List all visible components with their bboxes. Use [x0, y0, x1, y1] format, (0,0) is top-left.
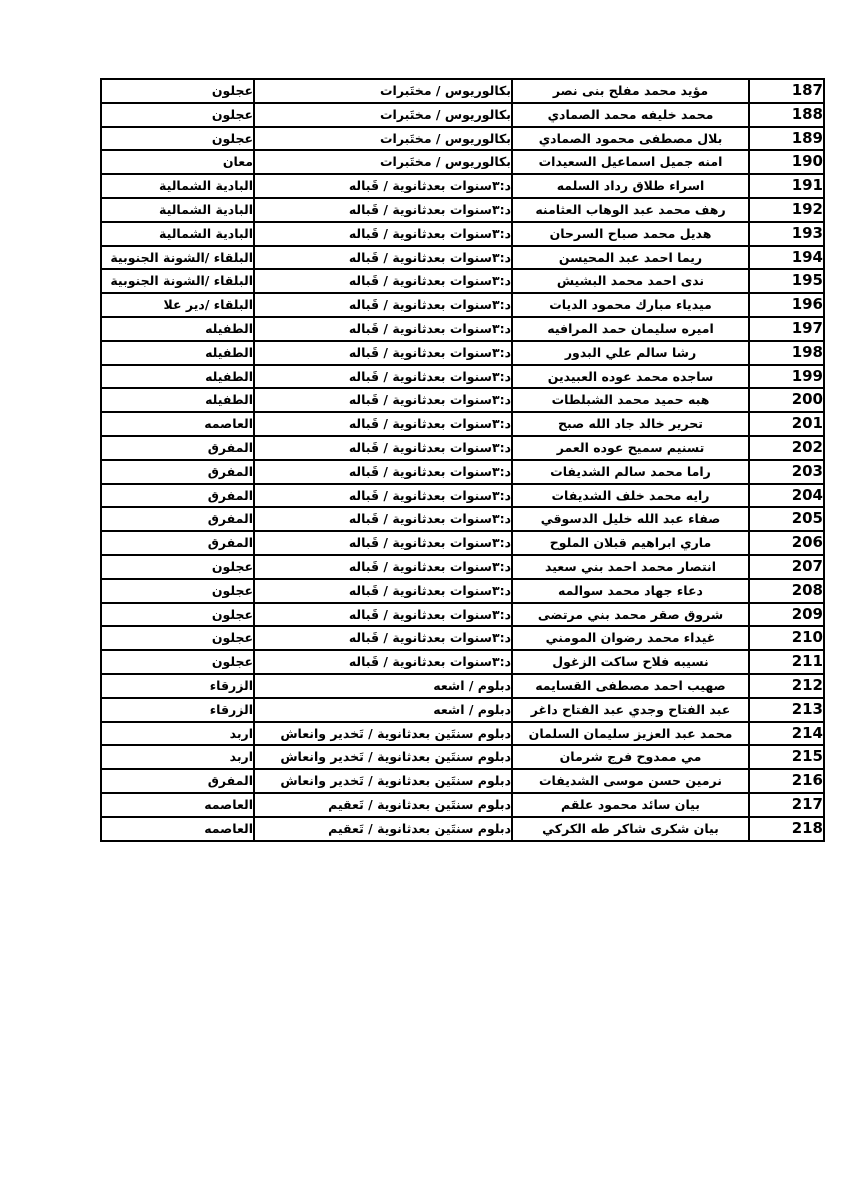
- governorate-cell: عجلون: [101, 127, 254, 151]
- row-number-cell: 216: [749, 769, 824, 793]
- name-cell: مي ممدوح فرج شرمان: [512, 745, 749, 769]
- qualification-cell: دبلوم / اشعه: [254, 674, 512, 698]
- table-row: 188 محمد خليفه محمد الصمادي بكالوريوس / …: [101, 103, 824, 127]
- name-cell: تحرير خالد جاد الله صبح: [512, 412, 749, 436]
- governorate-cell: عجلون: [101, 103, 254, 127]
- qualification-cell: دبلوم سنتَين بعدثانوية / تَخدير وانعاش: [254, 769, 512, 793]
- governorate-cell: عجلون: [101, 603, 254, 627]
- governorate-cell: البادية الشمالية: [101, 222, 254, 246]
- row-number-cell: 200: [749, 388, 824, 412]
- name-cell: محمد عبد العزيز سليمان السلمان: [512, 722, 749, 746]
- row-number-cell: 207: [749, 555, 824, 579]
- name-cell: عبد الفتاح وجدي عبد الفتاح داغر: [512, 698, 749, 722]
- table-row: 194 ريما احمد عبد المحيسن د:٣سنوات بعدثا…: [101, 246, 824, 270]
- table-row: 190 امنه جميل اسماعيل السعيدات بكالوريوس…: [101, 150, 824, 174]
- table-row: 198 رشا سالم علي البدور د:٣سنوات بعدثانو…: [101, 341, 824, 365]
- row-number-cell: 195: [749, 269, 824, 293]
- table-row: 202 تسنيم سميح عوده العمر د:٣سنوات بعدثا…: [101, 436, 824, 460]
- row-number-cell: 194: [749, 246, 824, 270]
- governorate-cell: عجلون: [101, 650, 254, 674]
- table-row: 191 اسراء طلاق رداد السلمه د:٣سنوات بعدث…: [101, 174, 824, 198]
- governorate-cell: الزرقاء: [101, 698, 254, 722]
- governorate-cell: معان: [101, 150, 254, 174]
- qualification-cell: د:٣سنوات بعدثانوية / قَباله: [254, 365, 512, 389]
- governorate-cell: المفرق: [101, 531, 254, 555]
- qualification-cell: دبلوم سنتَين بعدثانوية / تَخدير وانعاش: [254, 745, 512, 769]
- name-cell: هبه حميد محمد الشبلطات: [512, 388, 749, 412]
- name-cell: ماري ابراهيم قبلان الملوح: [512, 531, 749, 555]
- qualification-cell: د:٣سنوات بعدثانوية / قَباله: [254, 555, 512, 579]
- qualification-cell: د:٣سنوات بعدثانوية / قَباله: [254, 412, 512, 436]
- qualification-cell: د:٣سنوات بعدثانوية / قَباله: [254, 388, 512, 412]
- table-row: 210 غيداء محمد رضوان المومني د:٣سنوات بع…: [101, 626, 824, 650]
- row-number-cell: 218: [749, 817, 824, 841]
- table-row: 189 بلال مصطفى محمود الصمادي بكالوريوس /…: [101, 127, 824, 151]
- row-number-cell: 210: [749, 626, 824, 650]
- row-number-cell: 198: [749, 341, 824, 365]
- name-cell: محمد خليفه محمد الصمادي: [512, 103, 749, 127]
- table-row: 207 انتصار محمد احمد بني سعيد د:٣سنوات ب…: [101, 555, 824, 579]
- name-cell: بلال مصطفى محمود الصمادي: [512, 127, 749, 151]
- name-cell: رهف محمد عبد الوهاب العثامنه: [512, 198, 749, 222]
- table-row: 199 ساجده محمد عوده العبيدين د:٣سنوات بع…: [101, 365, 824, 389]
- qualification-cell: د:٣سنوات بعدثانوية / قَباله: [254, 626, 512, 650]
- name-cell: اسراء طلاق رداد السلمه: [512, 174, 749, 198]
- governorate-cell: الطفيله: [101, 317, 254, 341]
- row-number-cell: 201: [749, 412, 824, 436]
- qualification-cell: د:٣سنوات بعدثانوية / قَباله: [254, 198, 512, 222]
- table-row: 217 بيان سائد محمود علقم دبلوم سنتَين بع…: [101, 793, 824, 817]
- governorate-cell: الطفيله: [101, 388, 254, 412]
- table-row: 214 محمد عبد العزيز سليمان السلمان دبلوم…: [101, 722, 824, 746]
- row-number-cell: 189: [749, 127, 824, 151]
- name-cell: انتصار محمد احمد بني سعيد: [512, 555, 749, 579]
- row-number-cell: 187: [749, 79, 824, 103]
- name-cell: رشا سالم علي البدور: [512, 341, 749, 365]
- qualification-cell: بكالوريوس / مختَبرات: [254, 103, 512, 127]
- governorate-cell: الطفيله: [101, 365, 254, 389]
- qualification-cell: دبلوم سنتَين بعدثانوية / تَخدير وانعاش: [254, 722, 512, 746]
- qualification-cell: د:٣سنوات بعدثانوية / قَباله: [254, 246, 512, 270]
- name-cell: امنه جميل اسماعيل السعيدات: [512, 150, 749, 174]
- governorate-cell: الزرقاء: [101, 674, 254, 698]
- table-row: 204 رايه محمد خلف الشديفات د:٣سنوات بعدث…: [101, 484, 824, 508]
- table-row: 201 تحرير خالد جاد الله صبح د:٣سنوات بعد…: [101, 412, 824, 436]
- qualification-cell: بكالوريوس / مختَبرات: [254, 127, 512, 151]
- qualification-cell: بكالوريوس / مختَبرات: [254, 150, 512, 174]
- qualification-cell: د:٣سنوات بعدثانوية / قَباله: [254, 579, 512, 603]
- qualification-cell: د:٣سنوات بعدثانوية / قَباله: [254, 269, 512, 293]
- governorate-cell: العاصمه: [101, 412, 254, 436]
- row-number-cell: 204: [749, 484, 824, 508]
- qualification-cell: دبلوم سنتَين بعدثانوية / تَعقيم: [254, 793, 512, 817]
- name-cell: ميدياء مبارك محمود الديات: [512, 293, 749, 317]
- row-number-cell: 209: [749, 603, 824, 627]
- name-cell: رايه محمد خلف الشديفات: [512, 484, 749, 508]
- name-cell: راما محمد سالم الشديفات: [512, 460, 749, 484]
- governorate-cell: المفرق: [101, 436, 254, 460]
- qualification-cell: د:٣سنوات بعدثانوية / قَباله: [254, 603, 512, 627]
- qualification-cell: دبلوم / اشعه: [254, 698, 512, 722]
- qualification-cell: د:٣سنوات بعدثانوية / قَباله: [254, 460, 512, 484]
- table-row: 209 شروق صقر محمد بني مرتضى د:٣سنوات بعد…: [101, 603, 824, 627]
- name-cell: نسيبه فلاح ساكت الزغول: [512, 650, 749, 674]
- table-row: 215 مي ممدوح فرج شرمان دبلوم سنتَين بعدث…: [101, 745, 824, 769]
- row-number-cell: 214: [749, 722, 824, 746]
- row-number-cell: 193: [749, 222, 824, 246]
- table-row: 216 نرمين حسن موسى الشديفات دبلوم سنتَين…: [101, 769, 824, 793]
- table-row: 196 ميدياء مبارك محمود الديات د:٣سنوات ب…: [101, 293, 824, 317]
- name-cell: صهيب احمد مصطفى القسايمه: [512, 674, 749, 698]
- row-number-cell: 211: [749, 650, 824, 674]
- table-row: 205 صفاء عبد الله خليل الدسوقي د:٣سنوات …: [101, 507, 824, 531]
- table-row: 192 رهف محمد عبد الوهاب العثامنه د:٣سنوا…: [101, 198, 824, 222]
- table-row: 187 مؤيد محمد مفلح بنى نصر بكالوريوس / م…: [101, 79, 824, 103]
- governorate-cell: البادية الشمالية: [101, 198, 254, 222]
- governorate-cell: الطفيله: [101, 341, 254, 365]
- governorate-cell: عجلون: [101, 579, 254, 603]
- name-cell: نرمين حسن موسى الشديفات: [512, 769, 749, 793]
- qualification-cell: بكالوريوس / مختَبرات: [254, 79, 512, 103]
- row-number-cell: 203: [749, 460, 824, 484]
- row-number-cell: 197: [749, 317, 824, 341]
- row-number-cell: 217: [749, 793, 824, 817]
- name-cell: شروق صقر محمد بني مرتضى: [512, 603, 749, 627]
- table-row: 203 راما محمد سالم الشديفات د:٣سنوات بعد…: [101, 460, 824, 484]
- qualification-cell: د:٣سنوات بعدثانوية / قَباله: [254, 317, 512, 341]
- name-cell: مؤيد محمد مفلح بنى نصر: [512, 79, 749, 103]
- row-number-cell: 196: [749, 293, 824, 317]
- row-number-cell: 192: [749, 198, 824, 222]
- qualification-cell: د:٣سنوات بعدثانوية / قَباله: [254, 293, 512, 317]
- name-cell: دعاء جهاد محمد سوالمه: [512, 579, 749, 603]
- governorate-cell: عجلون: [101, 626, 254, 650]
- row-number-cell: 206: [749, 531, 824, 555]
- governorate-cell: البادية الشمالية: [101, 174, 254, 198]
- row-number-cell: 188: [749, 103, 824, 127]
- document-page: 187 مؤيد محمد مفلح بنى نصر بكالوريوس / م…: [0, 0, 848, 1200]
- name-cell: بيان شكرى شاكر طه الكركي: [512, 817, 749, 841]
- governorate-cell: عجلون: [101, 555, 254, 579]
- table-row: 211 نسيبه فلاح ساكت الزغول د:٣سنوات بعدث…: [101, 650, 824, 674]
- governorate-cell: العاصمه: [101, 817, 254, 841]
- table-row: 206 ماري ابراهيم قبلان الملوح د:٣سنوات ب…: [101, 531, 824, 555]
- qualification-cell: دبلوم سنتَين بعدثانوية / تَعقيم: [254, 817, 512, 841]
- governorate-cell: البلقاء /دير علا: [101, 293, 254, 317]
- qualification-cell: د:٣سنوات بعدثانوية / قَباله: [254, 531, 512, 555]
- governorate-cell: اربد: [101, 745, 254, 769]
- row-number-cell: 212: [749, 674, 824, 698]
- qualification-cell: د:٣سنوات بعدثانوية / قَباله: [254, 484, 512, 508]
- row-number-cell: 190: [749, 150, 824, 174]
- name-cell: ساجده محمد عوده العبيدين: [512, 365, 749, 389]
- governorate-cell: البلقاء /الشونة الجنوبية: [101, 269, 254, 293]
- row-number-cell: 213: [749, 698, 824, 722]
- name-cell: ندى احمد محمد البشيش: [512, 269, 749, 293]
- governorate-cell: المفرق: [101, 769, 254, 793]
- roster-table-body: 187 مؤيد محمد مفلح بنى نصر بكالوريوس / م…: [101, 79, 824, 841]
- table-row: 212 صهيب احمد مصطفى القسايمه دبلوم / اشع…: [101, 674, 824, 698]
- governorate-cell: اربد: [101, 722, 254, 746]
- qualification-cell: د:٣سنوات بعدثانوية / قَباله: [254, 650, 512, 674]
- governorate-cell: المفرق: [101, 460, 254, 484]
- table-row: 197 اميره سليمان حمد المرافيه د:٣سنوات ب…: [101, 317, 824, 341]
- table-row: 208 دعاء جهاد محمد سوالمه د:٣سنوات بعدثا…: [101, 579, 824, 603]
- row-number-cell: 191: [749, 174, 824, 198]
- name-cell: بيان سائد محمود علقم: [512, 793, 749, 817]
- governorate-cell: المفرق: [101, 507, 254, 531]
- name-cell: ريما احمد عبد المحيسن: [512, 246, 749, 270]
- qualification-cell: د:٣سنوات بعدثانوية / قَباله: [254, 436, 512, 460]
- qualification-cell: د:٣سنوات بعدثانوية / قَباله: [254, 174, 512, 198]
- governorate-cell: عجلون: [101, 79, 254, 103]
- roster-table: 187 مؤيد محمد مفلح بنى نصر بكالوريوس / م…: [100, 78, 825, 842]
- row-number-cell: 215: [749, 745, 824, 769]
- governorate-cell: المفرق: [101, 484, 254, 508]
- row-number-cell: 208: [749, 579, 824, 603]
- table-row: 193 هديل محمد صباح السرحان د:٣سنوات بعدث…: [101, 222, 824, 246]
- name-cell: غيداء محمد رضوان المومني: [512, 626, 749, 650]
- qualification-cell: د:٣سنوات بعدثانوية / قَباله: [254, 507, 512, 531]
- qualification-cell: د:٣سنوات بعدثانوية / قَباله: [254, 222, 512, 246]
- row-number-cell: 199: [749, 365, 824, 389]
- name-cell: هديل محمد صباح السرحان: [512, 222, 749, 246]
- governorate-cell: العاصمه: [101, 793, 254, 817]
- row-number-cell: 202: [749, 436, 824, 460]
- table-row: 218 بيان شكرى شاكر طه الكركي دبلوم سنتَي…: [101, 817, 824, 841]
- row-number-cell: 205: [749, 507, 824, 531]
- table-row: 195 ندى احمد محمد البشيش د:٣سنوات بعدثان…: [101, 269, 824, 293]
- table-row: 213 عبد الفتاح وجدي عبد الفتاح داغر دبلو…: [101, 698, 824, 722]
- name-cell: تسنيم سميح عوده العمر: [512, 436, 749, 460]
- qualification-cell: د:٣سنوات بعدثانوية / قَباله: [254, 341, 512, 365]
- name-cell: اميره سليمان حمد المرافيه: [512, 317, 749, 341]
- governorate-cell: البلقاء /الشونة الجنوبية: [101, 246, 254, 270]
- table-row: 200 هبه حميد محمد الشبلطات د:٣سنوات بعدث…: [101, 388, 824, 412]
- name-cell: صفاء عبد الله خليل الدسوقي: [512, 507, 749, 531]
